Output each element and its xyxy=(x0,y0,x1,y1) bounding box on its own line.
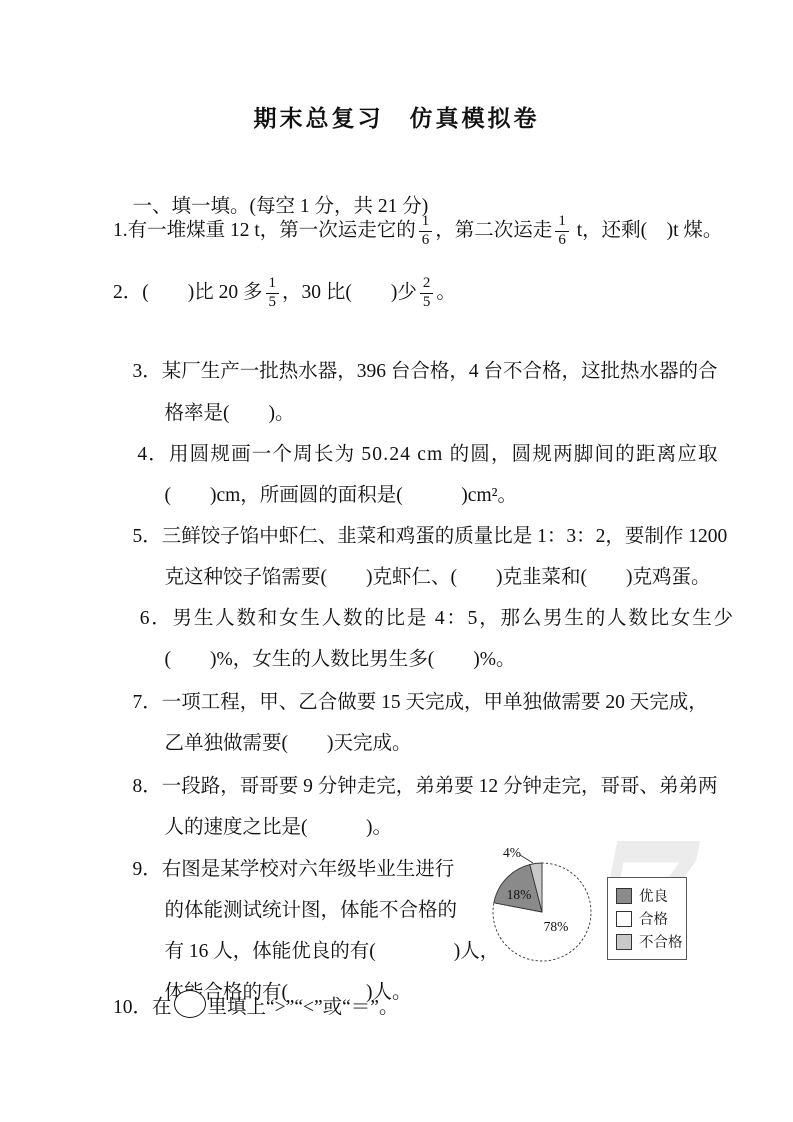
pie-chart-svg: 78% 18% 4% xyxy=(472,838,612,978)
fraction-denominator: 5 xyxy=(420,293,434,311)
question-1-text: t，还剩( )t 煤。 xyxy=(572,218,723,244)
page-title: 期末总复习 仿真模拟卷 xyxy=(0,100,793,133)
question-2-text: ，30 比( )少 xyxy=(282,280,417,306)
legend-swatch-pass xyxy=(616,911,632,927)
fraction-1-6: 1 6 xyxy=(555,214,569,249)
question-1: 1.有一堆煤重 12 t，第一次运走它的 1 6 ，第二次运走 1 6 t，还剩… xyxy=(113,207,722,255)
fraction-denominator: 5 xyxy=(266,293,280,311)
question-1-text: ，第二次运走 xyxy=(435,218,552,244)
fraction-1-5: 1 5 xyxy=(266,276,280,311)
chart-legend: 优良 合格 不合格 xyxy=(607,877,687,960)
fraction-denominator: 6 xyxy=(419,231,433,249)
fraction-numerator: 2 xyxy=(420,276,434,293)
question-10-text: 里填上“>”“<”或“＝”。 xyxy=(208,995,399,1021)
question-1-text: 1.有一堆煤重 12 t，第一次运走它的 xyxy=(113,218,416,244)
legend-row-pass: 合格 xyxy=(616,907,686,930)
fraction-2-5: 2 5 xyxy=(420,276,434,311)
question-10: 10．在 里填上“>”“<”或“＝”。 xyxy=(113,990,398,1026)
legend-label-fail: 不合格 xyxy=(639,931,683,952)
answer-circle xyxy=(174,990,206,1018)
legend-label-pass: 合格 xyxy=(639,908,668,929)
fraction-numerator: 1 xyxy=(419,214,433,231)
pie-slices xyxy=(493,863,591,961)
legend-swatch-excellent xyxy=(616,888,632,904)
pie-chart: 78% 18% 4% xyxy=(472,838,612,983)
question-2: 2．( )比 20 多 1 5 ，30 比( )少 2 5 。 xyxy=(113,269,456,317)
fraction-numerator: 1 xyxy=(555,214,569,231)
exam-page: 期末总复习 仿真模拟卷 一、填一填。(每空 1 分，共 21 分) 1.有一堆煤… xyxy=(0,0,793,1122)
fraction-1-6: 1 6 xyxy=(419,214,433,249)
fraction-numerator: 1 xyxy=(266,276,280,293)
legend-row-excellent: 优良 xyxy=(616,884,686,907)
question-2-text: 2．( )比 20 多 xyxy=(113,280,263,306)
question-10-text: 10．在 xyxy=(113,995,172,1021)
pie-label-leader-line xyxy=(520,855,533,863)
question-2-text: 。 xyxy=(436,280,456,306)
pie-label-pass: 78% xyxy=(544,919,569,934)
pie-label-excellent: 18% xyxy=(507,887,532,902)
pie-label-fail: 4% xyxy=(503,845,521,860)
legend-row-fail: 不合格 xyxy=(616,930,686,953)
fraction-denominator: 6 xyxy=(555,231,569,249)
legend-swatch-fail xyxy=(616,934,632,950)
legend-label-excellent: 优良 xyxy=(639,885,668,906)
